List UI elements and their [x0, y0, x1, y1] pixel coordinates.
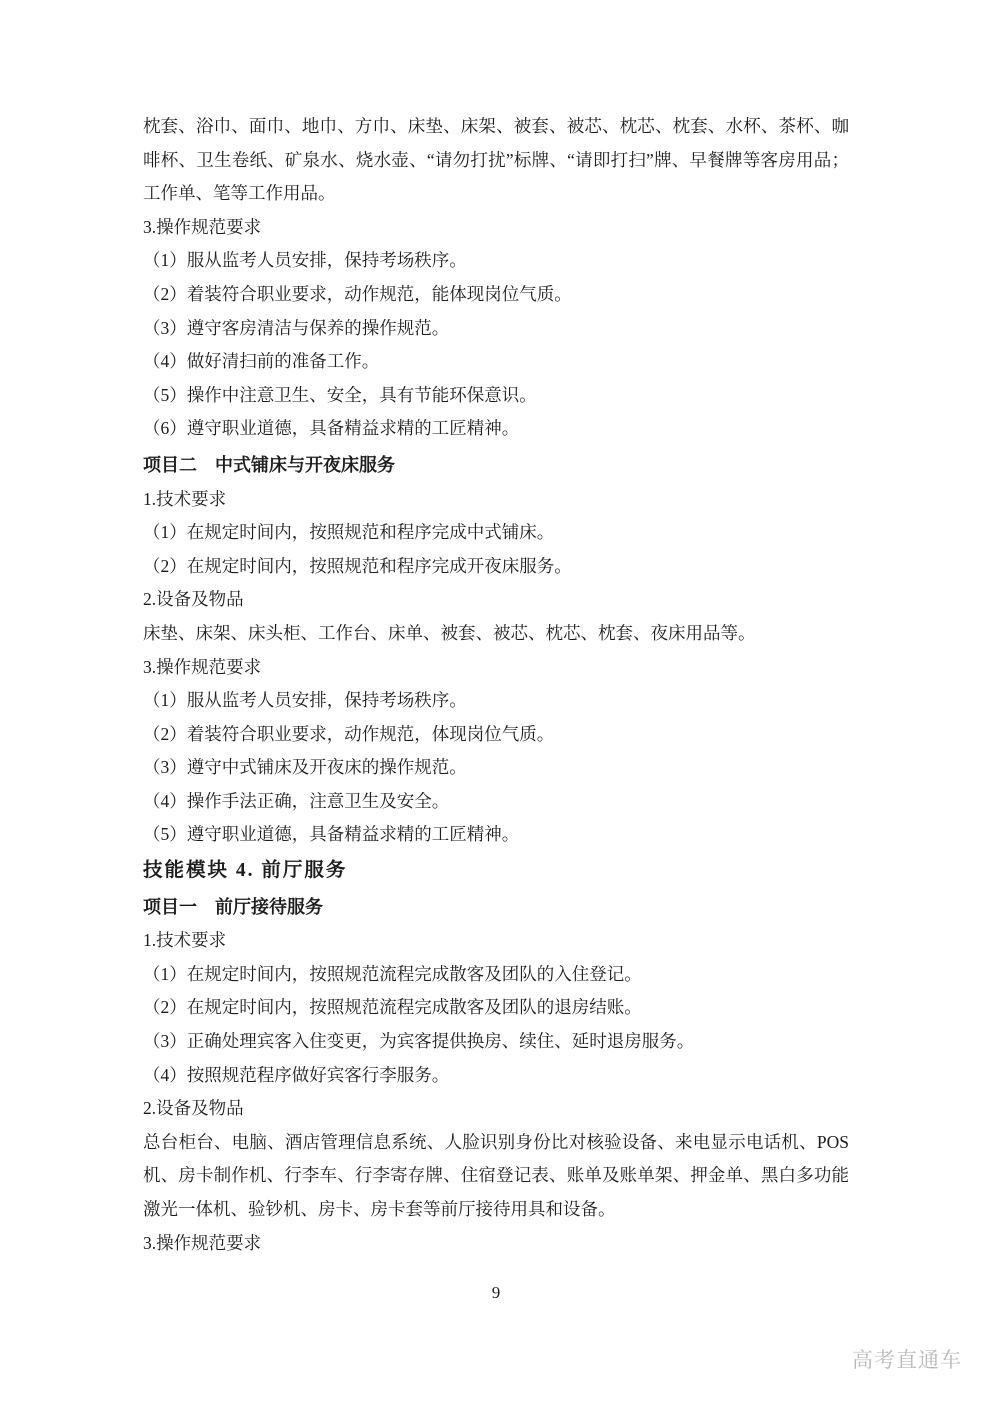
paragraph-module: 技能模块 4. 前厅服务 [143, 854, 849, 888]
paragraph-list: （5）遵守职业道德，具备精益求精的工匠精神。 [143, 818, 849, 852]
paragraph-list: （3）遵守客房清洁与保养的操作规范。 [143, 312, 849, 346]
paragraph-label: 2.设备及物品 [143, 583, 849, 617]
paragraph-body: 枕套、浴巾、面巾、地巾、方巾、床垫、床架、被套、被芯、枕芯、枕套、水杯、茶杯、咖… [143, 110, 849, 211]
paragraph-body: 床垫、床架、床头柜、工作台、床单、被套、被芯、枕芯、枕套、夜床用品等。 [143, 617, 849, 651]
paragraph-list: （1）在规定时间内，按照规范和程序完成中式铺床。 [143, 516, 849, 550]
paragraph-list: （3）正确处理宾客入住变更，为宾客提供换房、续住、延时退房服务。 [143, 1025, 849, 1059]
paragraph-heading: 项目二 中式铺床与开夜床服务 [143, 449, 849, 483]
paragraph-label: 3.操作规范要求 [143, 1227, 849, 1261]
document-body: 枕套、浴巾、面巾、地巾、方巾、床垫、床架、被套、被芯、枕芯、枕套、水杯、茶杯、咖… [143, 110, 849, 1260]
paragraph-label: 2.设备及物品 [143, 1092, 849, 1126]
paragraph-list: （1）服从监考人员安排，保持考场秩序。 [143, 244, 849, 278]
paragraph-label: 3.操作规范要求 [143, 651, 849, 685]
paragraph-list: （4）操作手法正确，注意卫生及安全。 [143, 785, 849, 819]
paragraph-label: 1.技术要求 [143, 924, 849, 958]
watermark: 高考直通车 [852, 1344, 962, 1374]
paragraph-body: 总台柜台、电脑、酒店管理信息系统、人脸识别身份比对核验设备、来电显示电话机、PO… [143, 1126, 849, 1227]
paragraph-list: （4）做好清扫前的准备工作。 [143, 345, 849, 379]
paragraph-list: （4）按照规范程序做好宾客行李服务。 [143, 1059, 849, 1093]
paragraph-list: （5）操作中注意卫生、安全，具有节能环保意识。 [143, 379, 849, 413]
paragraph-list: （1）服从监考人员安排，保持考场秩序。 [143, 684, 849, 718]
paragraph-list: （6）遵守职业道德，具备精益求精的工匠精神。 [143, 412, 849, 446]
paragraph-list: （1）在规定时间内，按照规范流程完成散客及团队的入住登记。 [143, 958, 849, 992]
paragraph-list: （2）在规定时间内，按照规范和程序完成开夜床服务。 [143, 550, 849, 584]
paragraph-list: （2）在规定时间内，按照规范流程完成散客及团队的退房结账。 [143, 991, 849, 1025]
paragraph-heading: 项目一 前厅接待服务 [143, 891, 849, 925]
document-page: 枕套、浴巾、面巾、地巾、方巾、床垫、床架、被套、被芯、枕芯、枕套、水杯、茶杯、咖… [0, 0, 992, 1403]
paragraph-label: 3.操作规范要求 [143, 211, 849, 245]
paragraph-list: （2）着装符合职业要求，动作规范，体现岗位气质。 [143, 718, 849, 752]
page-number: 9 [0, 1276, 992, 1310]
paragraph-list: （2）着装符合职业要求，动作规范，能体现岗位气质。 [143, 278, 849, 312]
paragraph-label: 1.技术要求 [143, 483, 849, 517]
paragraph-list: （3）遵守中式铺床及开夜床的操作规范。 [143, 751, 849, 785]
